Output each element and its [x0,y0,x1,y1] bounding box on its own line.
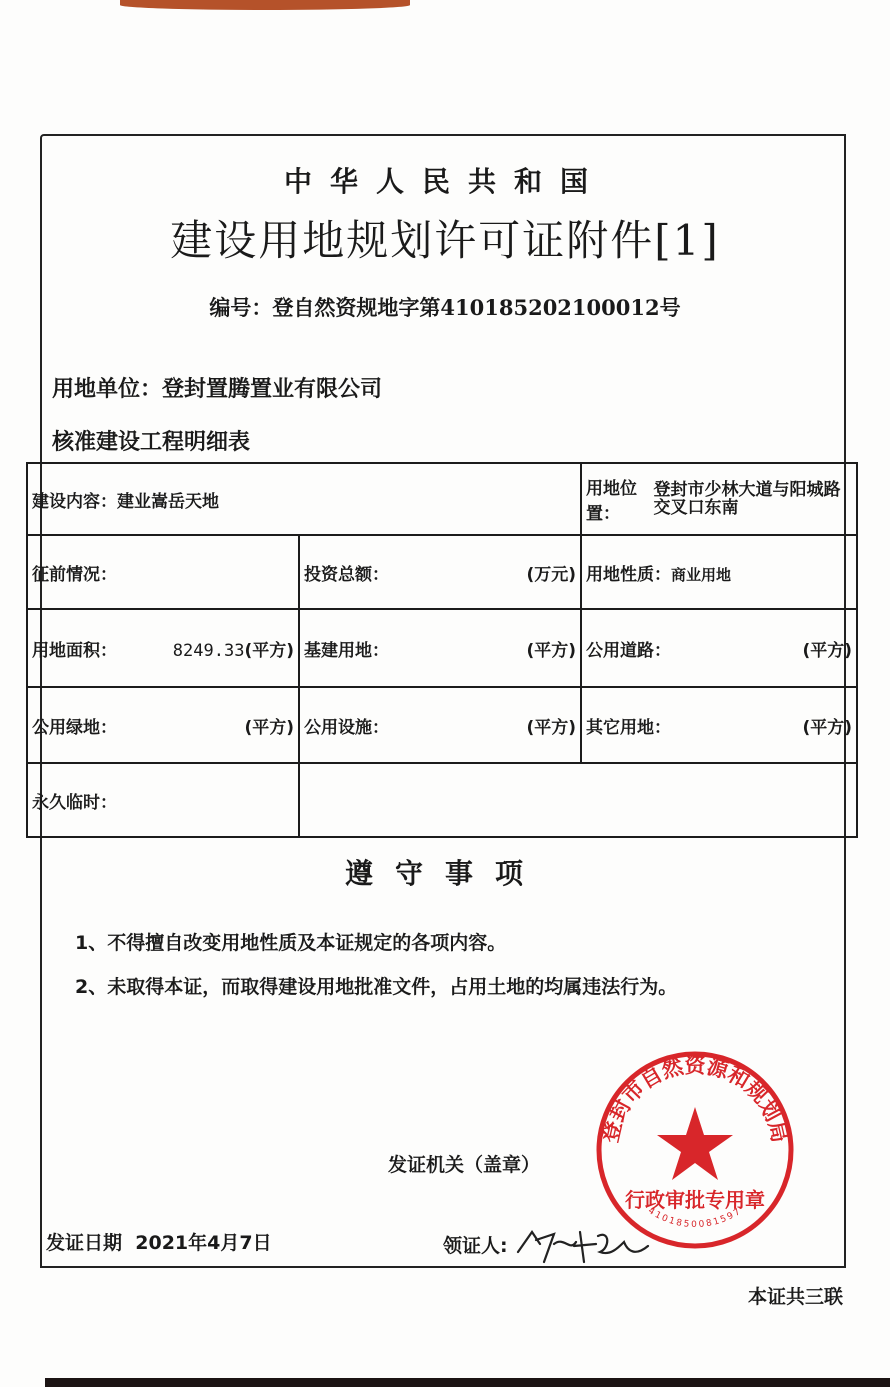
public-road-label: 公用道路： [586,636,671,661]
project-detail-table: 建设内容：建业嵩岳天地 用地位置： 登封市少林大道与阳城路交叉口东南 征前情况：… [26,462,858,838]
land-unit-value: 登封置腾置业有限公司 [162,376,382,402]
table-row: 建设内容：建业嵩岳天地 用地位置： 登封市少林大道与阳城路交叉口东南 [27,463,857,535]
table-title: 核准建设工程明细表 [52,425,250,456]
land-area-value: 8249.33 [173,641,245,661]
issue-date: 发证日期 2021年4月7日 [46,1228,272,1255]
infrastructure-land-unit: (平方) [526,636,576,661]
construction-content-label: 建设内容： [32,492,117,512]
copies-note: 本证共三联 [748,1282,843,1309]
issuing-authority-label: 发证机关（盖章） [388,1150,540,1177]
land-unit-label: 用地单位： [52,376,162,402]
public-green-label: 公用绿地： [32,713,117,738]
table-row: 用地面积：8249.33(平方) 基建用地：(平方) 公用道路：(平方) [27,609,857,687]
svg-text:行政审批专用章: 行政审批专用章 [625,1188,765,1212]
issue-date-label: 发证日期 [46,1232,122,1254]
public-road-cell: 公用道路：(平方) [581,609,857,687]
other-land-unit: (平方) [802,713,852,738]
land-location-value: 登封市少林大道与阳城路交叉口东南 [654,481,853,517]
land-nature-value: 商业用地 [671,566,731,584]
issue-date-value: 2021年4月7日 [135,1232,271,1254]
construction-content-value: 建业嵩岳天地 [117,492,219,512]
construction-content-cell: 建设内容：建业嵩岳天地 [27,463,581,535]
rules-heading: 遵守事项 [0,852,890,892]
public-facilities-unit: (平方) [526,713,576,738]
other-land-cell: 其它用地：(平方) [581,687,857,763]
total-investment-unit: (万元) [526,560,576,585]
rule-item: 1、不得擅自改变用地性质及本证规定的各项内容。 [75,928,506,955]
infrastructure-land-cell: 基建用地：(平方) [299,609,581,687]
infrastructure-land-label: 基建用地： [304,636,389,661]
public-facilities-cell: 公用设施：(平方) [299,687,581,763]
public-facilities-label: 公用设施： [304,713,389,738]
serial-value: 登自然资规地字第410185202100012号 [272,295,680,320]
binder-edge-top [120,0,410,10]
total-investment-cell: 投资总额：(万元) [299,535,581,609]
land-area-cell: 用地面积：8249.33(平方) [27,609,299,687]
land-location-cell: 用地位置： 登封市少林大道与阳城路交叉口东南 [581,463,857,535]
permanent-temporary-value-cell [299,763,857,837]
rule-item: 2、未取得本证，而取得建设用地批准文件，占用土地的均属违法行为。 [75,972,677,999]
serial-number: 编号：登自然资规地字第410185202100012号 [0,292,890,322]
table-row: 永久临时： [27,763,857,837]
public-green-cell: 公用绿地：(平方) [27,687,299,763]
receiver: 领证人: [443,1222,654,1266]
land-nature-cell: 用地性质：商业用地 [581,535,857,609]
public-green-unit: (平方) [244,713,294,738]
table-row: 公用绿地：(平方) 公用设施：(平方) 其它用地：(平方) [27,687,857,763]
permanent-temporary-label: 永久临时： [32,793,117,813]
pre-acquisition-label: 征前情况： [32,565,117,585]
signature-icon [514,1222,654,1266]
pre-acquisition-cell: 征前情况： [27,535,299,609]
certificate-title: 建设用地规划许可证附件[1] [0,208,890,268]
land-area-label: 用地面积： [32,636,117,661]
land-nature-label: 用地性质： [586,565,671,585]
land-area-unit: (平方) [244,641,294,661]
land-unit: 用地单位：登封置腾置业有限公司 [52,372,382,403]
permanent-temporary-cell: 永久临时： [27,763,299,837]
total-investment-label: 投资总额： [304,560,389,585]
binder-edge-bottom [45,1378,890,1387]
other-land-label: 其它用地： [586,713,671,738]
land-location-label: 用地位置： [586,474,654,524]
serial-label: 编号： [209,295,272,320]
receiver-label: 领证人: [443,1231,508,1258]
table-row: 征前情况： 投资总额：(万元) 用地性质：商业用地 [27,535,857,609]
country-heading: 中华人民共和国 [0,160,890,200]
public-road-unit: (平方) [802,636,852,661]
